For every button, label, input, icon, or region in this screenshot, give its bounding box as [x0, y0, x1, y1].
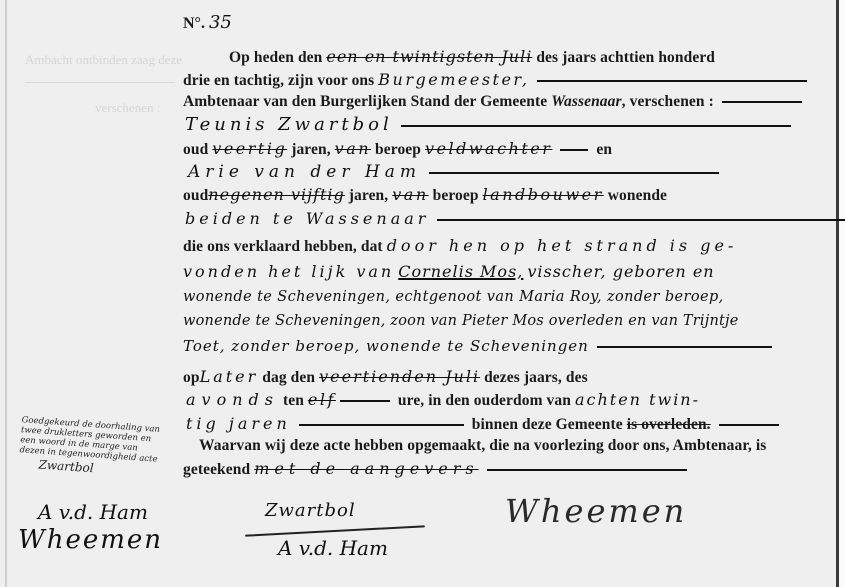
- printed-text: dag den: [262, 369, 315, 386]
- record-line-date-of-death: opLater dag den veertienden Juli dezes j…: [183, 367, 588, 388]
- declaration-text: door hen op het strand is ge-: [387, 236, 738, 255]
- deceased-name: Cornelis Mos,: [398, 262, 523, 281]
- printed-text: Op heden den: [229, 49, 322, 66]
- declaration-text: vonden het lijk van: [183, 262, 394, 281]
- page-right-edge: [839, 0, 845, 587]
- printed-text: geteekend: [183, 461, 250, 478]
- fill-line: [487, 469, 687, 471]
- record-number-value: 35: [209, 12, 232, 33]
- printed-text: die ons verklaard hebben, dat: [183, 238, 383, 255]
- printed-text: oud: [183, 141, 208, 158]
- witness-2-name: Arie van der Ham: [188, 162, 421, 182]
- record-line-witness-1-name: Teunis Zwartbol: [185, 115, 795, 136]
- printed-text: wonende: [608, 187, 667, 204]
- municipality-name: Wassenaar: [551, 93, 621, 110]
- record-line-deceased: vonden het lijk van Cornelis Mos, vissch…: [183, 262, 715, 283]
- witness-2-age: negenen vijftig: [208, 185, 344, 204]
- fill-line: [719, 424, 779, 426]
- record-number: N°. 35: [183, 12, 232, 33]
- margin-approval-note: Goedgekeurd de doorhaling van twee drukl…: [18, 415, 161, 478]
- printed-text: beroep: [375, 141, 421, 158]
- civil-record-page: Ambacht ontbinden zaag deze verschenen :…: [0, 0, 845, 587]
- hour-of-death: elf: [308, 390, 336, 409]
- time-of-day: avonds: [186, 390, 279, 409]
- printed-text: drie en tachtig, zijn voor ons: [183, 72, 374, 89]
- signature-flourish: [245, 525, 425, 536]
- signature-official-right: Wheemen: [505, 492, 687, 530]
- bleed-through-text: verschenen :: [95, 100, 160, 116]
- struck-printed-text: is overleden.: [627, 416, 711, 433]
- printed-text: oud: [183, 187, 208, 204]
- record-line-deceased-spouse: wonende te Scheveningen, echtgenoot van …: [183, 287, 724, 307]
- printed-text: binnen deze Gemeente: [472, 416, 623, 433]
- printed-text: op: [183, 369, 200, 386]
- record-line-deceased-parents: wonende te Scheveningen, zoon van Pieter…: [183, 311, 739, 331]
- handwritten-official-title: Burgemeester,: [378, 70, 529, 89]
- record-line-declaration: die ons verklaard hebben, dat door hen o…: [183, 236, 737, 257]
- signature-witness-ham-right: A v.d. Ham: [278, 536, 388, 560]
- record-line-date: Op heden den een en twintigsten Juli des…: [229, 47, 715, 68]
- printed-text: ten: [283, 392, 304, 409]
- printed-text: en: [596, 141, 612, 158]
- signed-by: met de aangevers: [254, 459, 478, 478]
- witness-1-occupation: veldwachter: [425, 139, 552, 158]
- record-line-official: drie en tachtig, zijn voor ons Burgemees…: [183, 70, 811, 91]
- bleed-through-text: Ambacht ontbinden zaag deze: [25, 52, 182, 68]
- signature-witness-ham-left: A v.d. Ham: [38, 500, 148, 524]
- record-number-label: N°.: [183, 15, 205, 32]
- record-line-mother: Toet, zonder beroep, wonende te Scheveni…: [183, 336, 776, 357]
- handwritten-date: een en twintigsten Juli: [326, 47, 532, 66]
- fill-line: [560, 149, 588, 151]
- witness-1-age: veertig: [212, 139, 287, 158]
- printed-text: beroep: [433, 187, 479, 204]
- age-at-death: achten twin-: [575, 390, 700, 409]
- fill-line: [437, 219, 845, 221]
- day-of-death: Later: [200, 367, 259, 386]
- record-line-signed: geteekend met de aangevers: [183, 459, 691, 480]
- record-line-residence: beiden te Wassenaar: [185, 209, 845, 230]
- fill-line: [340, 400, 390, 402]
- record-line-witness-2-name: Arie van der Ham: [188, 162, 723, 183]
- deceased-details: wonende te Scheveningen, echtgenoot van …: [183, 289, 724, 305]
- date-of-death: veertienden Juli: [319, 367, 480, 386]
- fill-line: [597, 346, 772, 348]
- printed-text: Waarvan wij deze acte hebben opgemaakt, …: [199, 437, 766, 454]
- bleed-through-line: [25, 82, 175, 83]
- printed-text: jaren,: [349, 187, 389, 204]
- deceased-parents: wonende te Scheveningen, zoon van Pieter…: [183, 313, 739, 329]
- fill-line: [299, 424, 464, 426]
- printed-text: , verschenen :: [622, 93, 714, 110]
- witness-2-occupation: landbouwer: [483, 185, 604, 204]
- printed-text: jaren,: [291, 141, 331, 158]
- signature-official-left: Wheemen: [18, 525, 163, 555]
- witnesses-residence: beiden te Wassenaar: [185, 209, 429, 228]
- record-line-time-age: avonds ten elf ure, in den ouderdom van …: [186, 390, 700, 411]
- printed-text: des jaars achttien honderd: [536, 49, 715, 66]
- record-line-closing: Waarvan wij deze acte hebben opgemaakt, …: [199, 436, 766, 456]
- record-line-witness-1-details: oud veertig jaren, van beroep veldwachte…: [183, 139, 612, 160]
- fill-line: [401, 125, 791, 127]
- deceased-occupation: visscher, geboren en: [527, 262, 714, 281]
- record-line-municipality: Ambtenaar van den Burgerlijken Stand der…: [183, 92, 806, 112]
- printed-text: Ambtenaar van den Burgerlijken Stand der…: [183, 93, 547, 110]
- page-left-rule: [5, 0, 7, 587]
- printed-text: ure, in den ouderdom van: [398, 392, 571, 409]
- printed-text: dezes jaars, des: [484, 369, 588, 386]
- handwritten-text: van: [335, 139, 371, 158]
- witness-1-name: Teunis Zwartbol: [185, 114, 393, 135]
- age-at-death-cont: tig jaren: [186, 414, 291, 433]
- deceased-mother: Toet, zonder beroep, wonende te Scheveni…: [183, 337, 589, 355]
- record-line-place: tig jaren binnen deze Gemeente is overle…: [186, 414, 783, 435]
- fill-line: [429, 172, 719, 174]
- record-line-witness-2-details: oudnegenen vijftig jaren, van beroep lan…: [183, 185, 667, 206]
- signature-witness-zwartbol: Zwartbol: [265, 500, 356, 521]
- handwritten-text: van: [392, 185, 428, 204]
- fill-line: [722, 101, 802, 103]
- fill-line: [537, 80, 807, 82]
